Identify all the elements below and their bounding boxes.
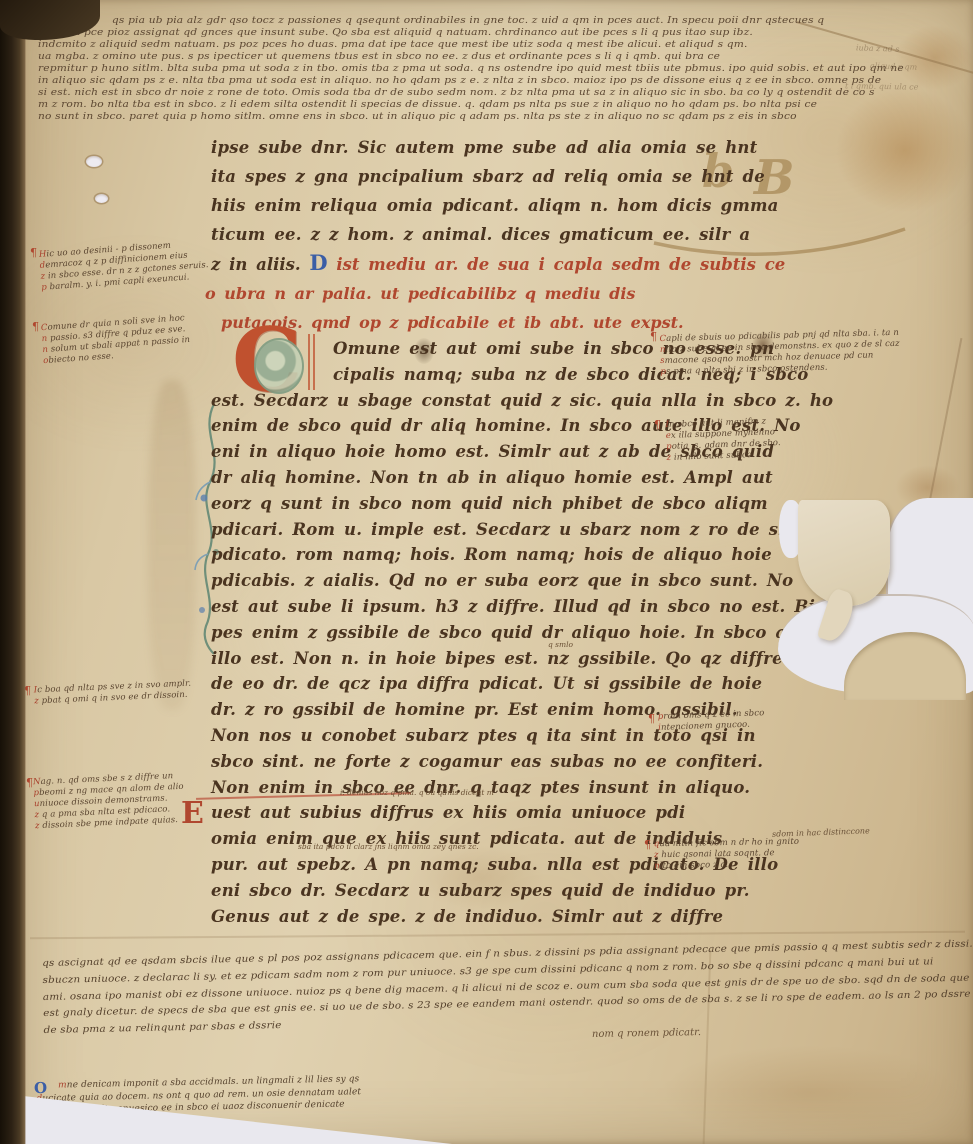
paragraph-mark: ¶ [644,838,651,851]
main-text-line: ita spes z gna pncipalium sbarz ad reliq… [211,162,779,191]
rubric-line-mixed: z in aliis. D ist mediu ar. de sua i cap… [211,250,785,275]
gloss-line: m z rom. bo nlta tba est in sbco. z li e… [38,99,973,111]
gloss-line: ua mgba. z omino ute pus. s ps ipecticer… [38,51,973,63]
main-text-line: de eo dr. de qcz ipa diffra pdicat. Ut s… [211,671,833,697]
main-text-line: hiis enim reliqua omia pdicant. aliqm n.… [211,191,779,220]
gloss-line: istm. In pce pioz assignat qd gnces que … [38,27,973,39]
rubric-line: o ubra n ar palia. ut pedicabilibz q med… [205,279,684,308]
margin-note-left-4: Nag. n. qd oms sbe s z diffre unpbeomi z… [33,771,185,833]
faded-corner-text: iuba z ad s [856,43,900,54]
main-text-line: ipse sube dnr. Sic autem pme sube ad ali… [211,133,779,162]
faded-corner-text: t i qmb. qui ula ce [845,81,919,91]
main-text-line: uest aut subius diffrus ex hiis omia uni… [211,800,833,826]
main-text-span: z in aliis. [211,255,301,274]
gloss-line: no sunt in sbco. paret quia p homo sitlm… [38,111,973,123]
main-text-line: eorz q sunt in sbco nom quid nich phibet… [211,491,833,517]
main-text-line: Genus aut z de spe. z de indiduo. Simlr … [211,904,833,930]
main-text-line: pes enim z gssibile de sbco quid dr aliq… [211,620,833,646]
paragraph-mark: ¶ [654,418,661,431]
interlinear-gloss: i. denius hoz q pma. q ou qdnis dicent m [340,788,494,797]
main-text-line: ticum ee. z z hom. z animal. dices gmati… [211,220,779,249]
interlinear-gloss: q smlo [548,640,573,649]
paragraph-mark: ¶ [650,330,657,343]
gloss-line: qs pia ub pia alz gdr qso tocz z passion… [112,15,973,27]
main-text-line: pdicari. Rom u. imple est. Secdarz u sba… [211,517,833,543]
gloss-line: indcmito z aliquid sedm natuam. ps poz p… [38,39,973,51]
margin-note-right-4: qua nltin fic sbm n dr ho in gnitoz huic… [654,837,800,873]
main-text-line: dr aliq homine. Non tn ab in aliquo homi… [211,465,833,491]
faded-corner-text: aliqud s qm [870,61,917,72]
main-text-line: est aut sube li ipsum. h3 z diffre. Illu… [211,594,833,620]
paragraph-mark: ¶ [30,246,37,259]
worm-hole [86,156,102,167]
margin-note-right-3: prom oms q z ee in sbcointencionem gnuco… [658,708,765,734]
top-margin-gloss: qs pia ub pia alz gdr qso tocz z passion… [38,15,973,123]
main-text-line: eni sbco dr. Secdarz u subarz spes quid … [211,878,833,904]
main-text-line: pdicabis. z aialis. Qd no er suba eorz q… [211,568,833,594]
margin-note-right-1: Capli de sbuis uo pdicabilis pab pnj qd … [659,326,970,378]
main-text-line: est. Secdarz u sbage constat quid z sic.… [211,388,833,414]
main-text-line: sbco sint. ne forte z cogamur eas subas … [211,749,833,775]
main-text-line: illo est. Non n. in hoie bipes est. nz g… [211,646,833,672]
interlinear-gloss: sba ita pdco il clarz jns liqnm omia zey… [298,842,479,851]
worm-hole [95,194,108,203]
gloss-line: si est. nich est in sbco dr noie z rone … [38,87,973,99]
gloss-line: repmitur p huno sitlm. blta suba pma ut … [38,63,973,75]
paragraph-mark: ¶ [32,320,39,333]
blue-initial-d: D [309,250,327,275]
main-text-opening: ipse sube dnr. Sic autem pme sube ad ali… [211,133,779,249]
gloss-line: in aliquo sic qdam ps z e. nlta tba pma … [38,75,973,87]
manuscript-photo: b B qs pia ub pia alz gdr qso tocz z pas… [0,0,973,1144]
gloss-tail: nom q ronem pdicatr. [592,1027,701,1040]
main-text-line: pdicato. rom namq; hois. Rom namq; hois … [211,542,833,568]
margin-note-right-2: In sbco aut li manifm zex illa suppone m… [665,416,781,464]
binding-edge [0,0,26,1144]
paragraph-mark: ¶ [648,712,655,725]
rubric-span: ist mediu ar. de sua i capla sedm de sub… [336,255,785,274]
